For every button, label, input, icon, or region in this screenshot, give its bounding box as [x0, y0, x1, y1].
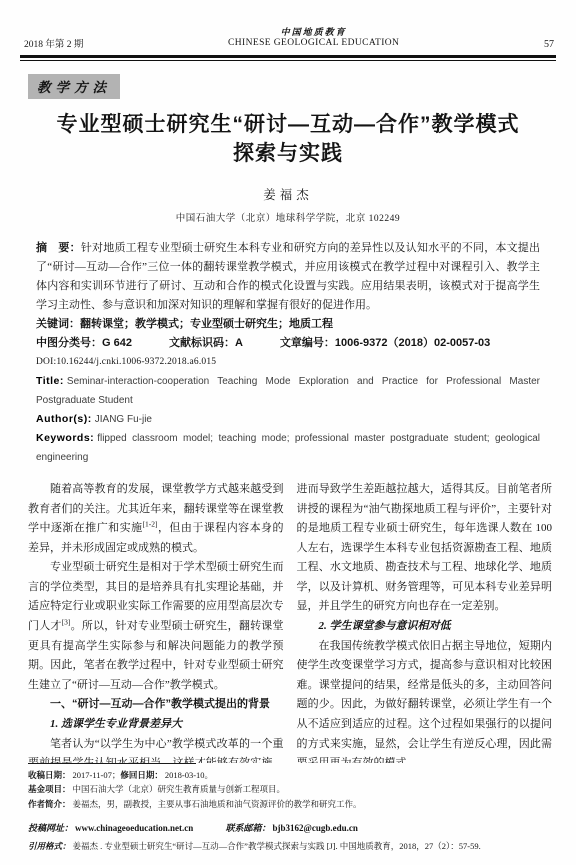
english-authors-label: Author(s):: [36, 413, 92, 425]
footnote-contact: 投稿网址：www.chinageoeducation.net.cn 联系邮箱：b…: [28, 821, 552, 836]
page-number: 57: [544, 39, 554, 50]
sub-heading: 2. 学生课堂参与意识相对低: [297, 617, 553, 637]
section-tag-row: 教学方法: [28, 74, 576, 99]
author-name: 姜福杰: [0, 185, 576, 203]
footnote-divider: [28, 763, 196, 764]
english-title-label: Title:: [36, 375, 64, 387]
english-keywords: Keywords:flipped classroom model; teachi…: [36, 429, 540, 467]
body-column-right: 进而导致学生差距越拉越大，适得其反。目前笔者所讲授的课程为“油气勘探地质工程与评…: [297, 480, 553, 763]
doi: DOI:10.16244/j.cnki.1006-9372.2018.a6.01…: [36, 353, 540, 372]
journal-name-cn: 中国地质教育: [228, 27, 399, 38]
author-affiliation: 中国石油大学（北京）地球科学学院，北京 102249: [0, 210, 576, 224]
keywords-cn: 关键词：翻转课堂；教学模式；专业型硕士研究生；地质工程: [36, 315, 540, 334]
article-title-line2: 探索与实践: [0, 139, 576, 168]
footnote-citation: 引用格式：姜福杰 . 专业型硕士研究生“研讨—互动—合作”教学模式探索与实践 […: [28, 839, 552, 854]
paragraph: 在我国传统教学模式依旧占据主导地位，短期内使学生改变课堂学习方式，提高参与意识相…: [297, 637, 553, 763]
article-body: 随着高等教育的发展，课堂教学方式越来越受到教育者们的关注。尤其近年来，翻转课堂等…: [28, 480, 552, 763]
keywords-cn-label: 关键词：: [36, 318, 80, 330]
header-rule: [20, 55, 556, 61]
classification-line: 中图分类号：G 642 文献标识码：A 文章编号：1006-9372（2018）…: [36, 334, 540, 353]
english-keywords-label: Keywords:: [36, 432, 94, 444]
keywords-cn-text: 翻转课堂；教学模式；专业型硕士研究生；地质工程: [80, 318, 333, 330]
contact-email: 联系邮箱：bjb3162@cugb.edu.cn: [226, 823, 358, 833]
english-title: Title:Seminar-interaction-cooperation Te…: [36, 372, 540, 410]
reference-superscript: [1-2]: [143, 519, 158, 528]
section-heading: 一、“研讨—互动—合作”教学模式提出的背景: [28, 695, 284, 715]
abstract-text: 针对地质工程专业型硕士研究生本科专业和研究方向的差异性以及认知水平的不同，本文提…: [36, 242, 540, 311]
article-meta: 摘 要：针对地质工程专业型硕士研究生本科专业和研究方向的差异性以及认知水平的不同…: [36, 239, 540, 467]
footnote: 收稿日期：2017-11-07；修回日期：2018-03-10。 基金项目：中国…: [28, 763, 552, 854]
page-header: 2018 年第 2 期 中国地质教育 CHINESE GEOLOGICAL ED…: [0, 0, 576, 55]
footnote-fund: 基金项目：中国石油大学（北京）研究生教育质量与创新工程项目。: [28, 782, 552, 797]
paragraph: 专业型硕士研究生是相对于学术型硕士研究生而言的学位类型，其目的是培养具有扎实理论…: [28, 558, 284, 695]
article-title: 专业型硕士研究生“研讨—互动—合作”教学模式 探索与实践: [0, 110, 576, 168]
footnote-dates: 收稿日期：2017-11-07；修回日期：2018-03-10。: [28, 768, 552, 783]
submission-site: 投稿网址：www.chinageoeducation.net.cn: [28, 823, 193, 833]
abstract-label: 摘 要：: [36, 242, 81, 254]
abstract: 摘 要：针对地质工程专业型硕士研究生本科专业和研究方向的差异性以及认知水平的不同…: [36, 239, 540, 315]
english-authors: Author(s):JIANG Fu-jie: [36, 410, 540, 429]
paragraph: 进而导致学生差距越拉越大，适得其反。目前笔者所讲授的课程为“油气勘探地质工程与评…: [297, 480, 553, 617]
section-tag: 教学方法: [28, 74, 120, 99]
journal-name-en: CHINESE GEOLOGICAL EDUCATION: [228, 38, 399, 50]
article-title-line1: 专业型硕士研究生“研讨—互动—合作”教学模式: [0, 110, 576, 139]
clc-number: 中图分类号：G 642: [36, 334, 132, 353]
sub-heading: 1. 选课学生专业背景差异大: [28, 715, 284, 735]
journal-page: 2018 年第 2 期 中国地质教育 CHINESE GEOLOGICAL ED…: [0, 0, 576, 865]
document-code: 文献标识码：A: [169, 334, 243, 353]
english-meta: Title:Seminar-interaction-cooperation Te…: [36, 372, 540, 467]
article-id: 文章编号：1006-9372（2018）02-0057-03: [280, 334, 490, 353]
paragraph: 笔者认为“以学生为中心”教学模式改革的一个重要前提是学生认知水平相当，这样才能够…: [28, 735, 284, 763]
journal-masthead: 中国地质教育 CHINESE GEOLOGICAL EDUCATION: [228, 27, 399, 50]
reference-superscript: [3]: [62, 617, 71, 626]
paragraph: 随着高等教育的发展，课堂教学方式越来越受到教育者们的关注。尤其近年来，翻转课堂等…: [28, 480, 284, 558]
issue-label: 2018 年第 2 期: [24, 36, 83, 50]
body-column-left: 随着高等教育的发展，课堂教学方式越来越受到教育者们的关注。尤其近年来，翻转课堂等…: [28, 480, 284, 763]
footnote-bio: 作者简介：姜福杰，男，副教授，主要从事石油地质和油气资源评价的教学和研究工作。: [28, 797, 552, 812]
